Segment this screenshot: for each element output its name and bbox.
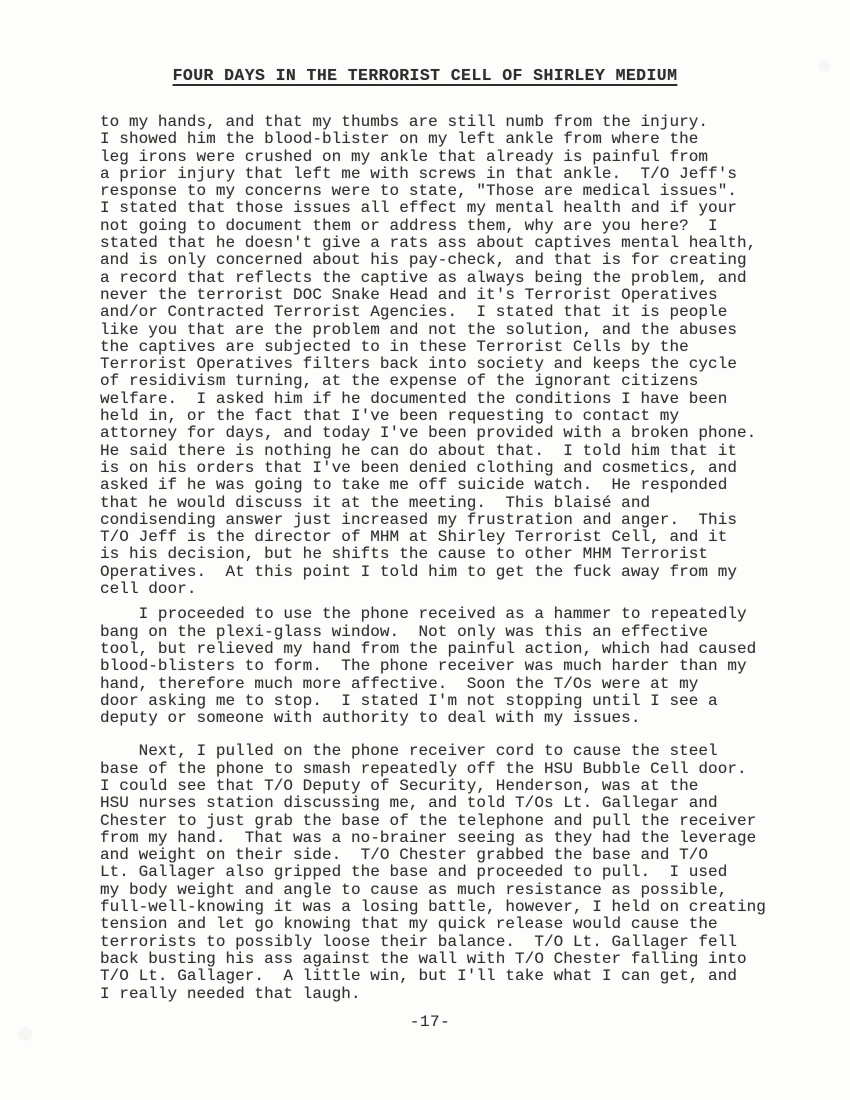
page-title: FOUR DAYS IN THE TERRORIST CELL OF SHIRL… [0, 66, 850, 85]
document-page: FOUR DAYS IN THE TERRORIST CELL OF SHIRL… [0, 0, 850, 1100]
page-number: -17- [100, 1013, 760, 1031]
paragraph-1: to my hands, and that my thumbs are stil… [100, 114, 778, 598]
document-body: to my hands, and that my thumbs are stil… [100, 114, 778, 1003]
paragraph-3: Next, I pulled on the phone receiver cor… [100, 743, 778, 1002]
paragraph-2: I proceeded to use the phone received as… [100, 606, 778, 727]
